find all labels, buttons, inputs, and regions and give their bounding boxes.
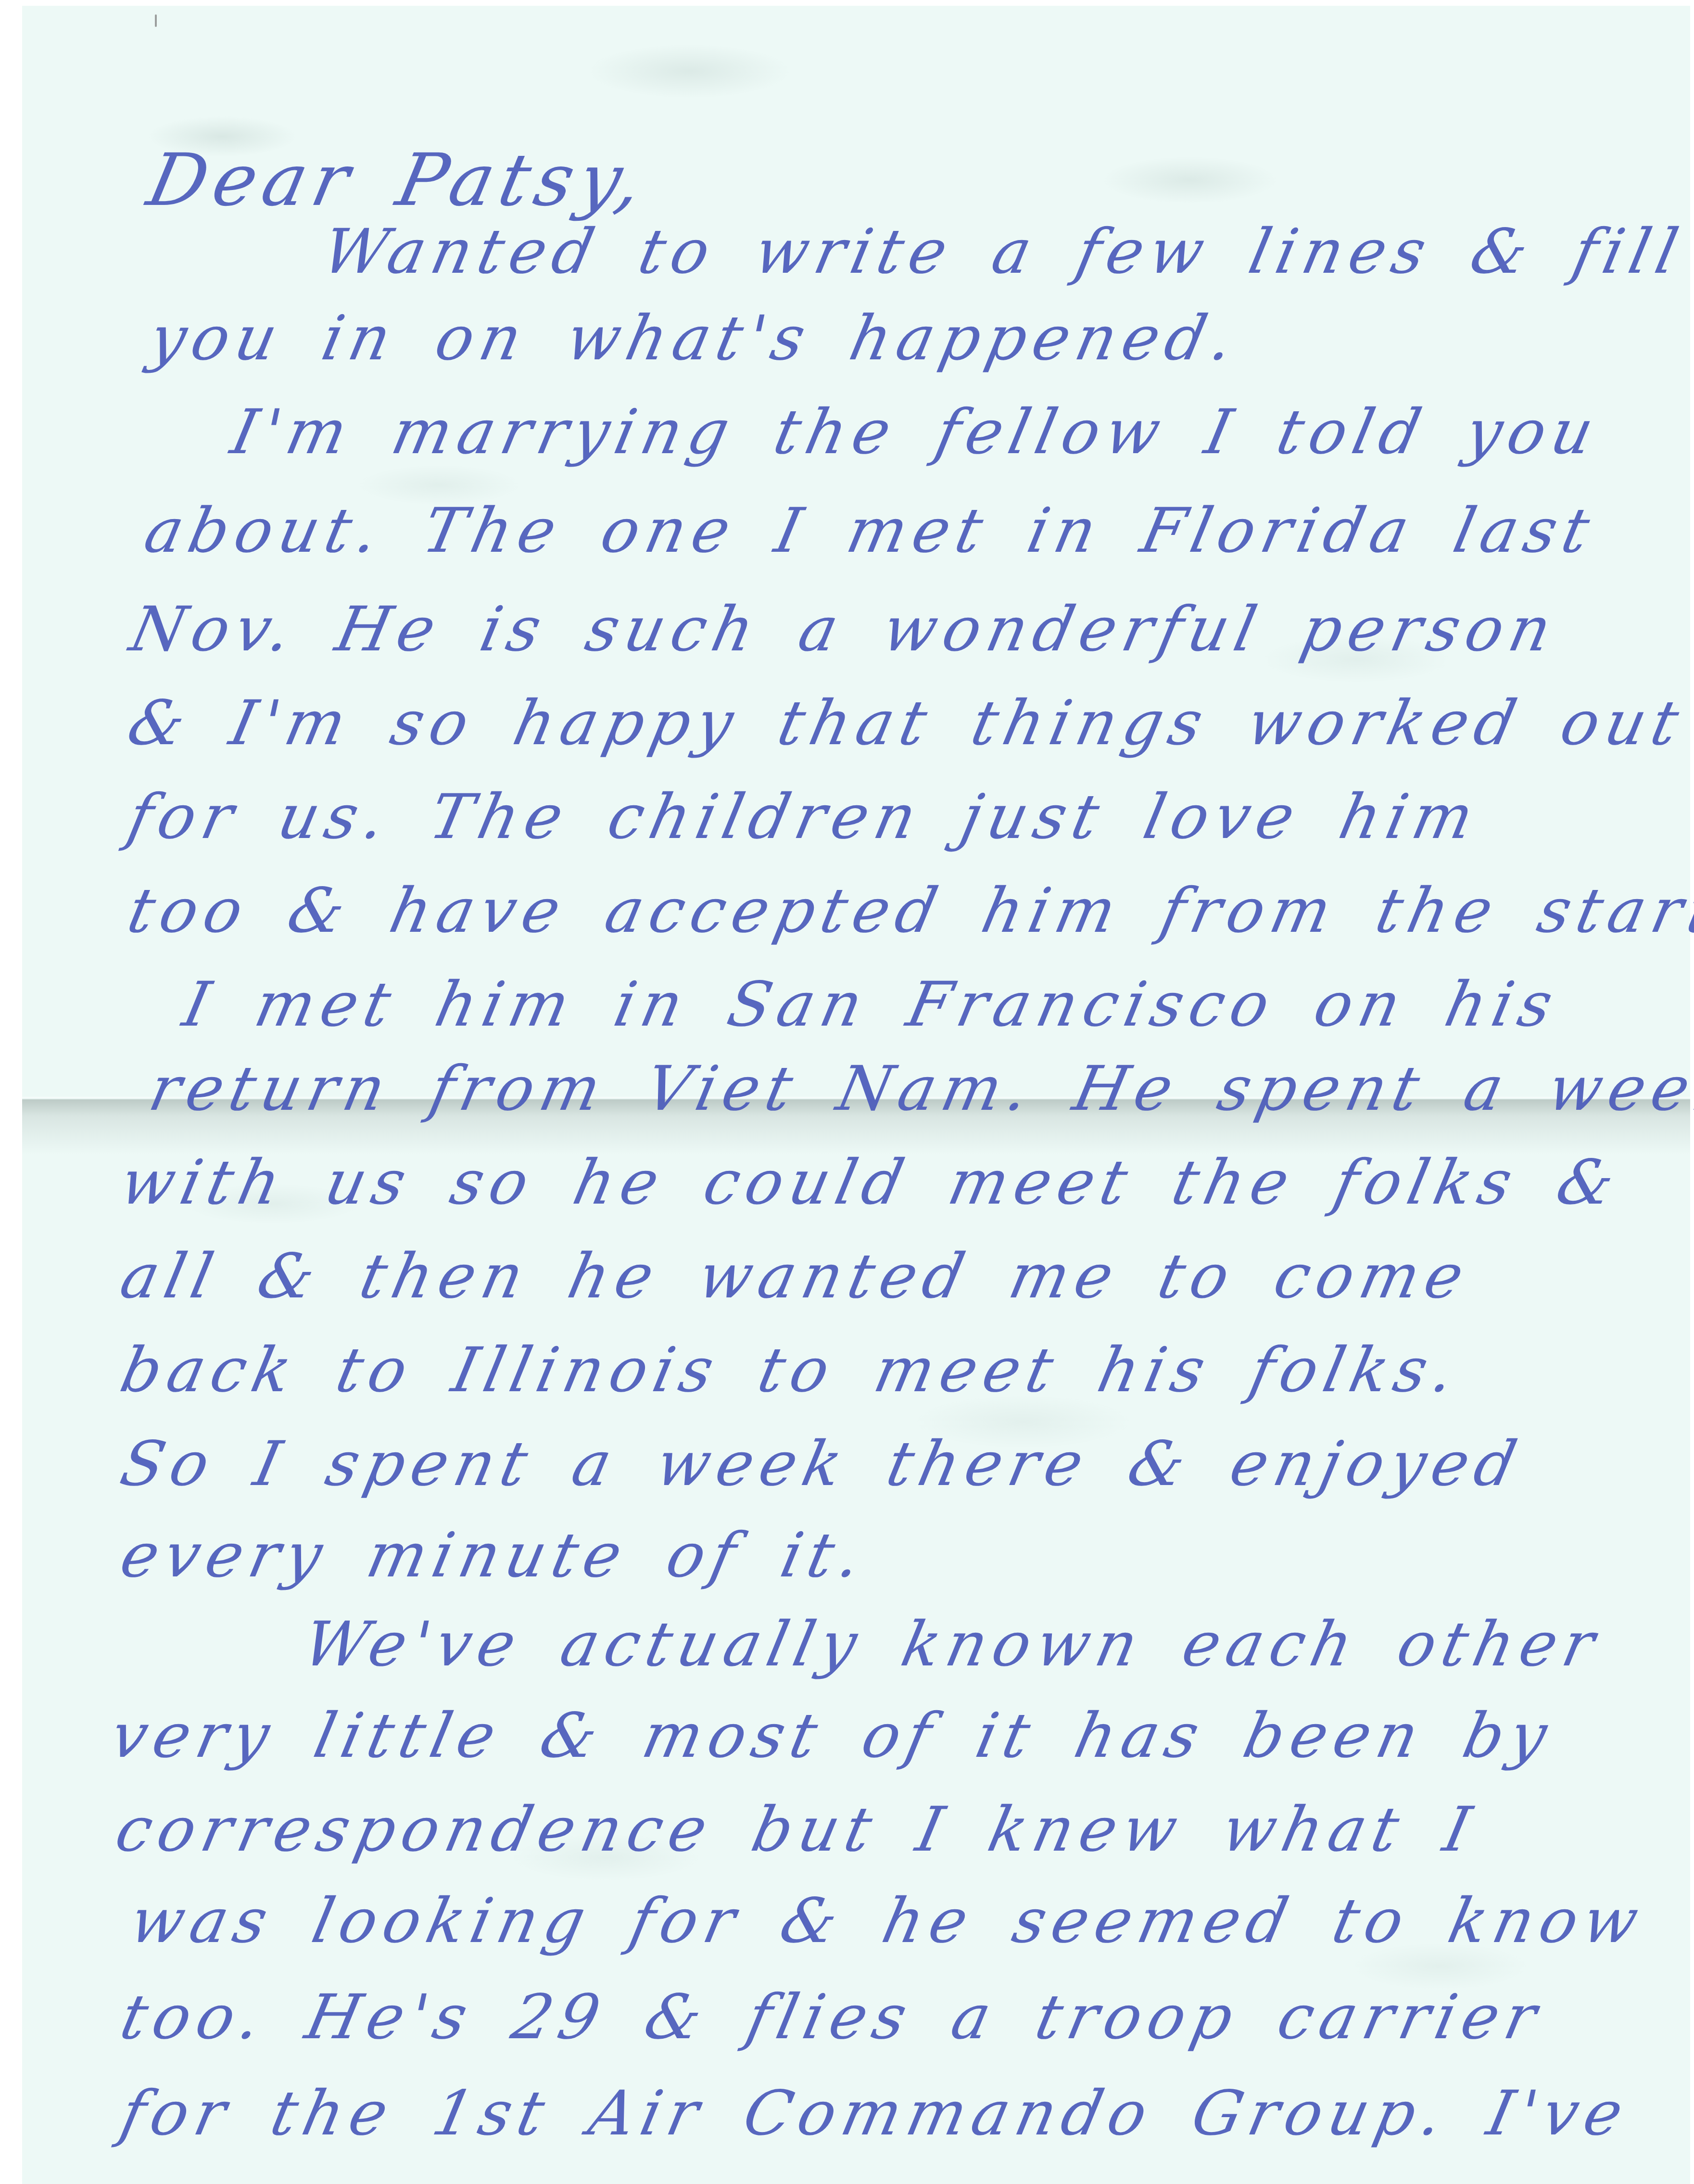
- letter-line: all & then he wanted me to come: [115, 1246, 1475, 1308]
- letter-line: every minute of it.: [115, 1525, 872, 1587]
- handwritten-letter: Dear Patsy, Wanted to write a few lines …: [0, 0, 1694, 2184]
- letter-line: return from Viet Nam. He spent a week: [144, 1058, 1694, 1120]
- letter-line: was looking for & he seemed to know: [125, 1891, 1650, 1952]
- letter-line: back to Illinois to meet his folks.: [115, 1340, 1466, 1401]
- letter-line: too & have accepted him from the start.: [123, 880, 1694, 942]
- letter-line: for the 1st Air Commando Group. I've: [115, 2083, 1635, 2145]
- letter-line: too. He's 29 & flies a troop carrier: [115, 1987, 1548, 2048]
- letter-line: you in on what's happened.: [144, 308, 1245, 369]
- letter-line: correspondence but I knew what I: [111, 1799, 1482, 1861]
- letter-line: I met him in San Francisco on his: [178, 974, 1564, 1036]
- letter-line: Wanted to write a few lines & fill: [317, 221, 1690, 283]
- letter-line: for us. The children just love him: [123, 787, 1485, 848]
- letter-line: We've actually known each other: [298, 1614, 1606, 1676]
- letter-line: about. The one I met in Florida last: [139, 500, 1601, 562]
- letter-line: So I spent a week there & enjoyed: [115, 1434, 1528, 1495]
- letter-line: with us so he could meet the folks &: [115, 1152, 1626, 1214]
- letter-line: I'm marrying the fellow I told you: [226, 402, 1605, 463]
- letter-line: very little & most of it has been by: [106, 1705, 1559, 1767]
- letter-line: Nov. He is such a wonderful person: [125, 599, 1563, 660]
- letter-line: & I'm so happy that things worked out: [123, 693, 1690, 754]
- salutation: Dear Patsy,: [142, 144, 655, 216]
